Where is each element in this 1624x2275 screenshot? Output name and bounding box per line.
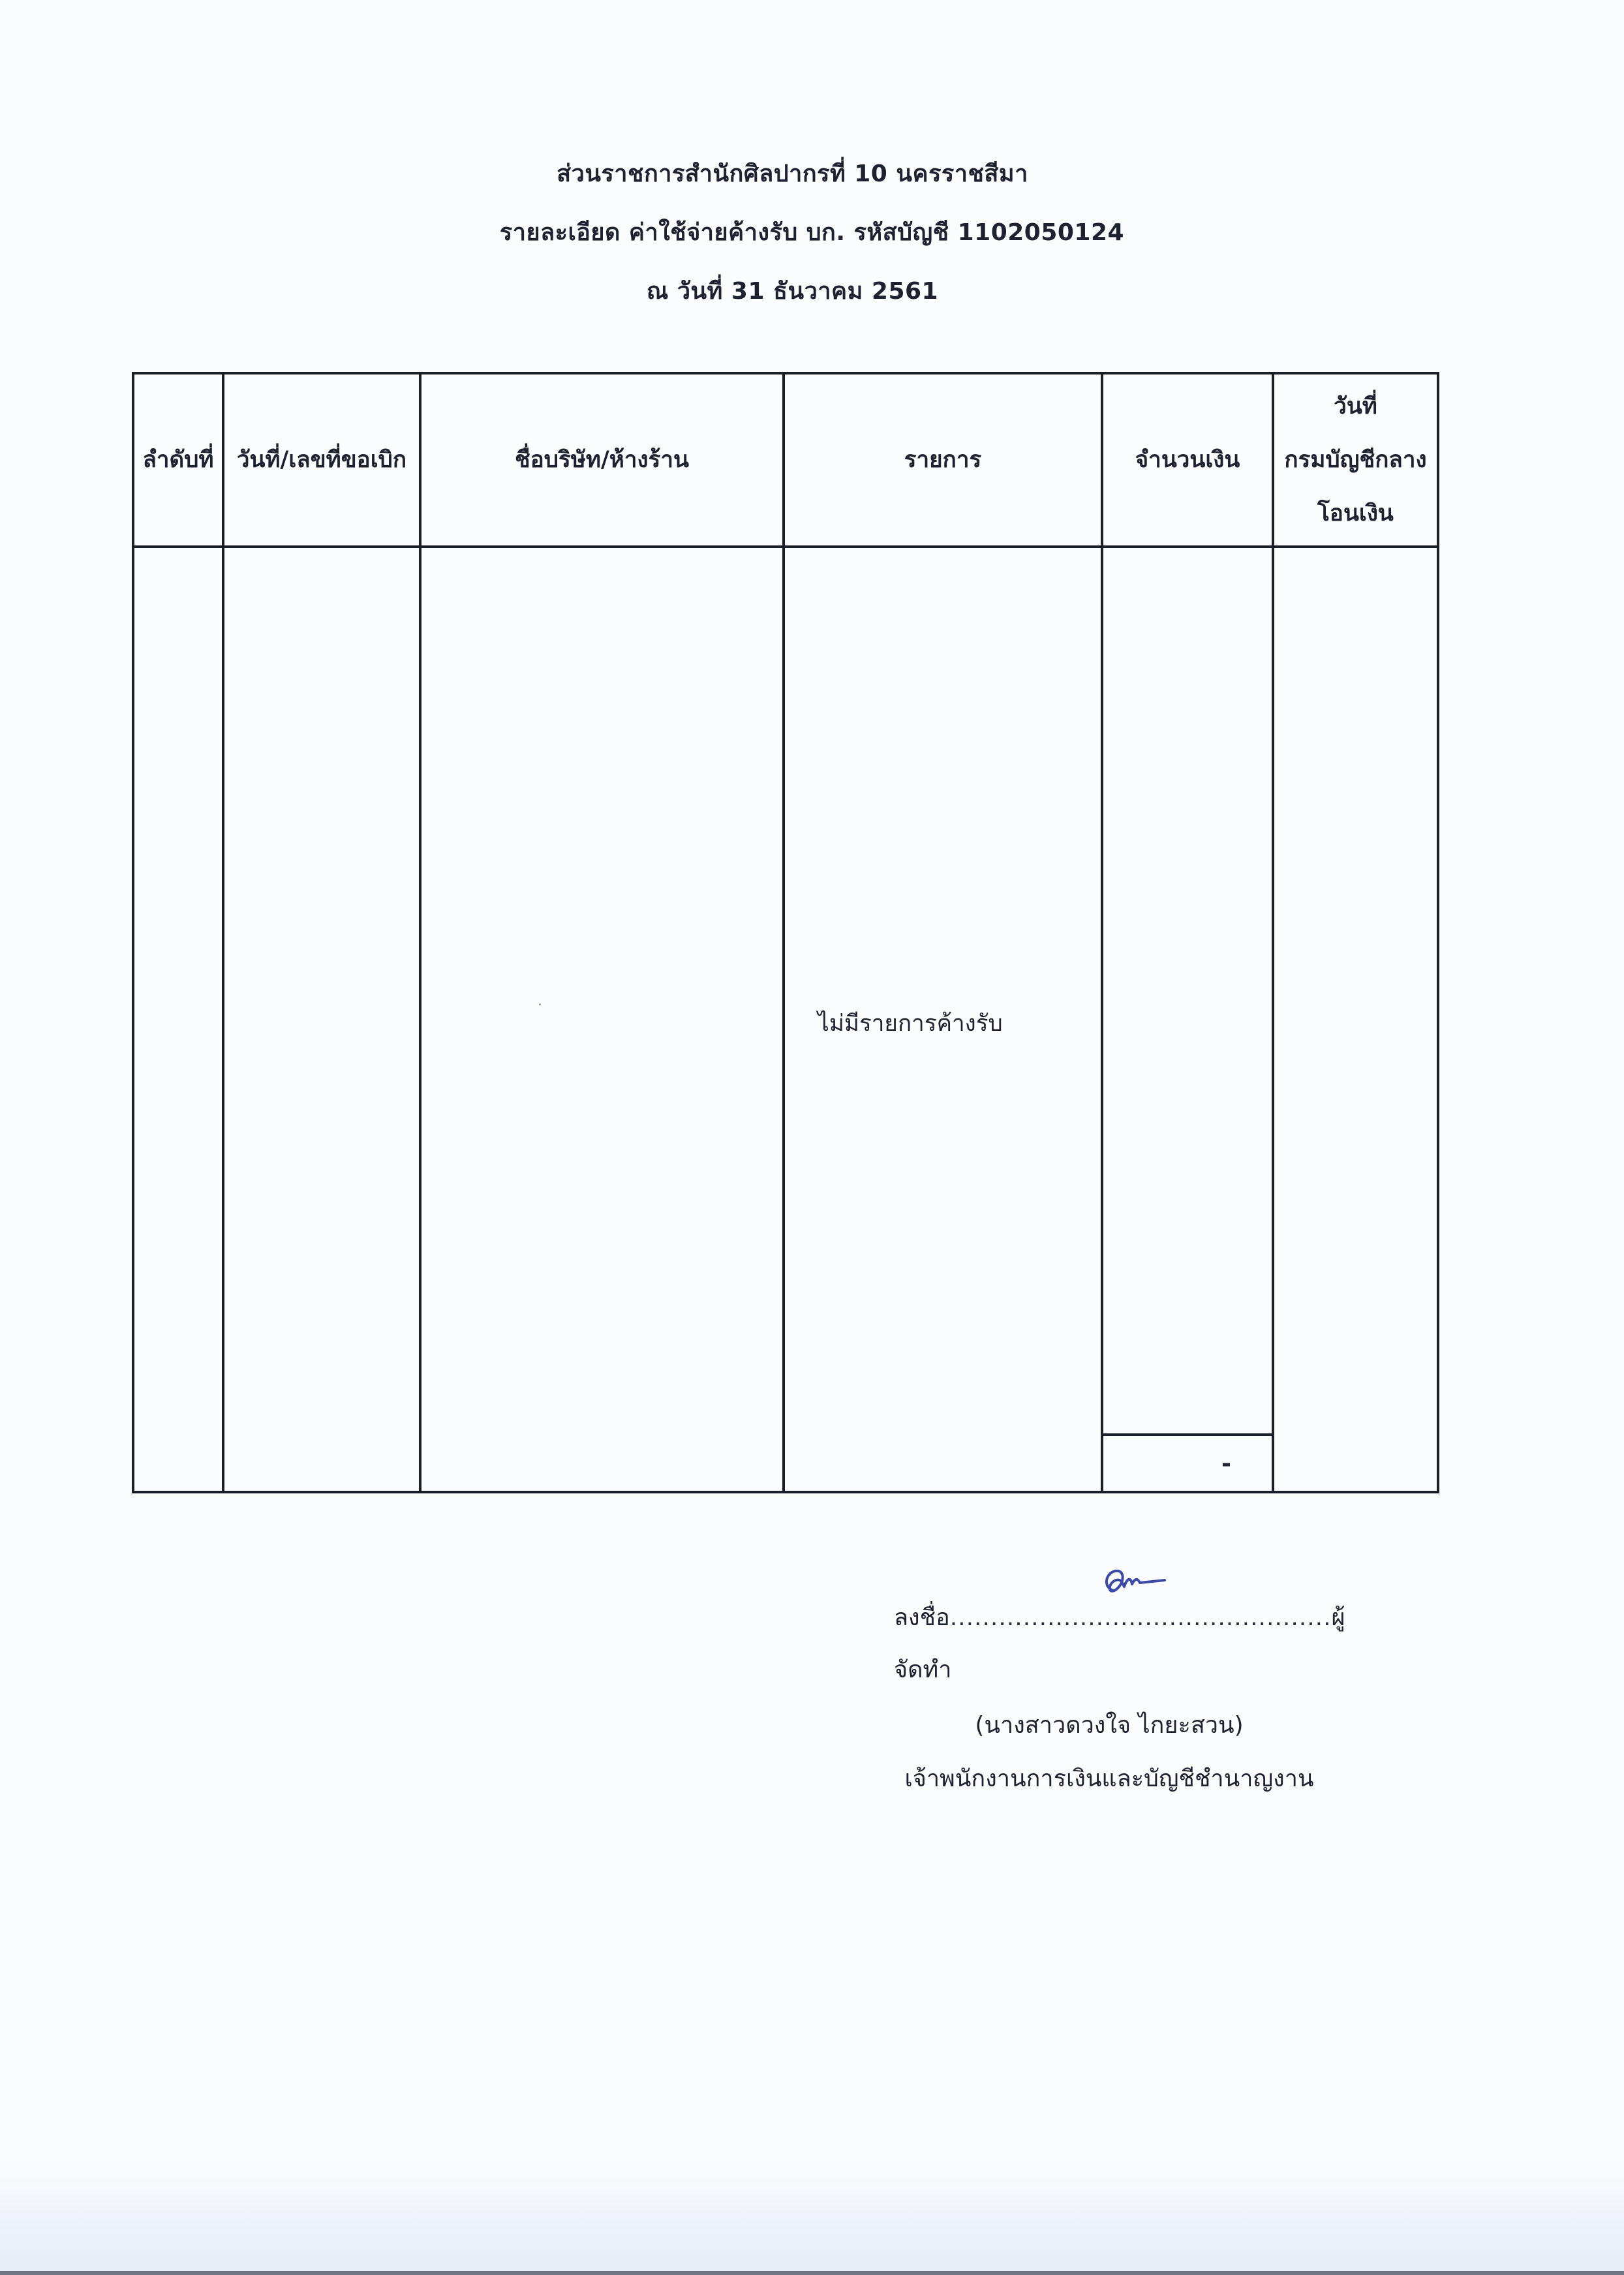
- table-header-row: ลำดับที่ วันที่/เลขที่ขอเบิก ชื่อบริษัท/…: [133, 373, 1438, 547]
- signature-block: ลงชื่อ..................................…: [894, 1592, 1325, 1806]
- column-header-seq: ลำดับที่: [133, 373, 223, 547]
- signature-line: ลงชื่อ..................................…: [894, 1592, 1325, 1696]
- accrued-receivables-table: ลำดับที่ วันที่/เลขที่ขอเบิก ชื่อบริษัท/…: [132, 372, 1439, 1493]
- transfer-date-header-line-2: กรมบัญชีกลาง: [1274, 433, 1437, 487]
- cell-item: ไม่มีรายการค้างรับ: [784, 547, 1102, 1492]
- agency-title: ส่วนราชการสำนักศิลปากรที่ 10 นครราชสีมา: [0, 145, 1624, 204]
- handwritten-signature-icon: [1099, 1565, 1171, 1604]
- column-header-company: ชื่อบริษัท/ห้างร้าน: [420, 373, 784, 547]
- cell-date-request-no: [223, 547, 420, 1492]
- scan-shading: [0, 2158, 1624, 2275]
- cell-company: [420, 547, 784, 1492]
- signer-position: เจ้าพนักงานการเงินและบัญชีชำนาญงาน: [894, 1752, 1325, 1806]
- table-row: ไม่มีรายการค้างรับ -: [133, 547, 1438, 1492]
- cell-amount: -: [1102, 547, 1273, 1492]
- amount-total: -: [1103, 1433, 1272, 1491]
- signature-dotted-line: ........................................…: [950, 1604, 1332, 1631]
- column-header-item: รายการ: [784, 373, 1102, 547]
- report-date: ณ วันที่ 31 ธันวาคม 2561: [0, 262, 1624, 321]
- cell-transfer-date: [1273, 547, 1438, 1492]
- cell-seq: [133, 547, 223, 1492]
- column-header-date-request-no: วันที่/เลขที่ขอเบิก: [223, 373, 420, 547]
- sign-label: ลงชื่อ: [894, 1604, 950, 1631]
- transfer-date-header-line-1: วันที่: [1274, 380, 1437, 433]
- document-header: ส่วนราชการสำนักศิลปากรที่ 10 นครราชสีมา …: [0, 145, 1624, 321]
- amount-value: [1103, 548, 1272, 1433]
- report-subject: รายละเอียด ค่าใช้จ่ายค้างรับ บก. รหัสบัญ…: [0, 204, 1624, 262]
- signer-name: (นางสาวดวงใจ ไกยะสวน): [894, 1699, 1325, 1752]
- column-header-transfer-date: วันที่ กรมบัญชีกลาง โอนเงิน: [1273, 373, 1438, 547]
- transfer-date-header-line-3: โอนเงิน: [1274, 487, 1437, 540]
- scan-edge: [0, 2271, 1624, 2275]
- column-header-amount: จำนวนเงิน: [1102, 373, 1273, 547]
- no-pending-items-text: ไม่มีรายการค้างรับ: [785, 1005, 1035, 1041]
